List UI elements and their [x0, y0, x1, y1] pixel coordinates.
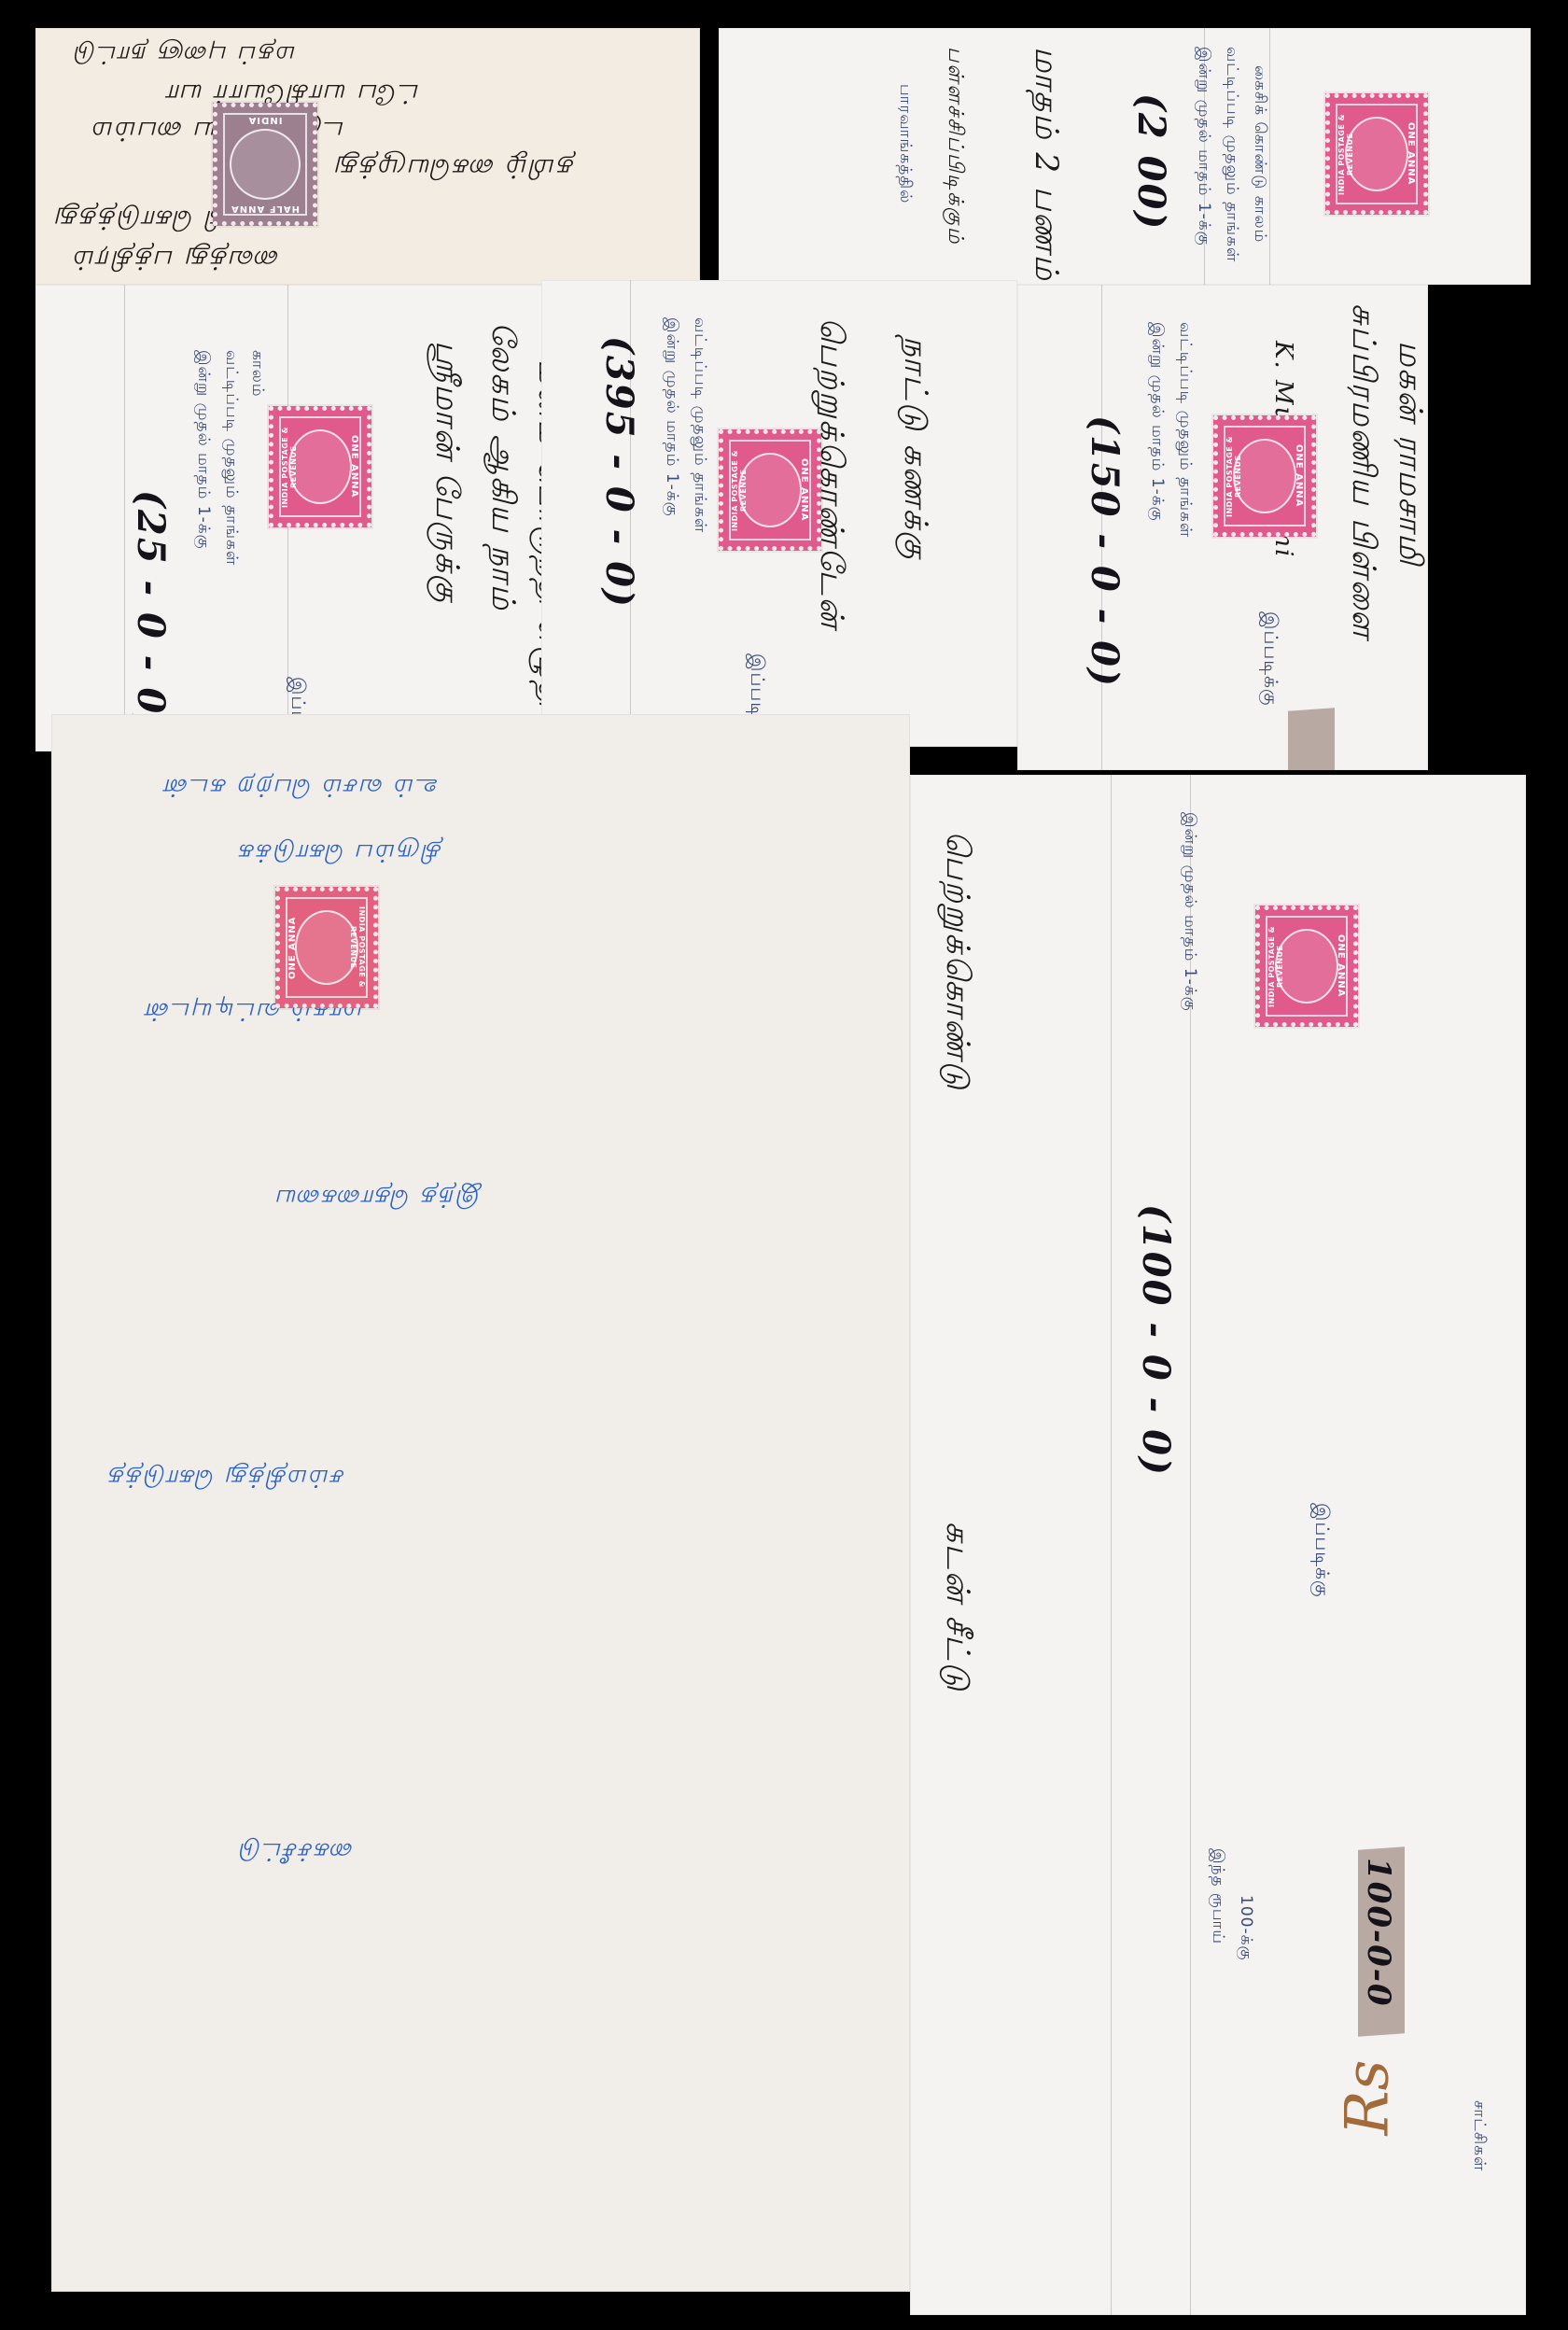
revenue-stamp-one-anna: INDIA POSTAGE & REVENUE ONE ANNA — [1255, 905, 1358, 1027]
handwriting-line: தமிழ் கையெழுத்து — [334, 149, 575, 184]
revenue-stamp-one-anna: INDIA POSTAGE & REVENUE ONE ANNA — [269, 406, 371, 527]
document-bottom-left: உம் வசம் பெற்ற கடன் திரும்ப கொடுக்க மாதம… — [51, 714, 910, 2292]
printed-line: வட்டிப்படி முதலும் தாங்கள் — [1176, 322, 1195, 538]
handwriting-line: மாதம் 2 பணம் — [1027, 47, 1066, 282]
handwriting-line: திரும்ப கொடுக்க — [238, 835, 442, 866]
printed-line: இன்று முதல் மாதம் 1-க்கு — [194, 350, 213, 550]
handwriting-line: நாட்டு கணக்கு — [896, 336, 935, 561]
handwriting-line: இந்த தொகையை — [275, 1181, 481, 1212]
stamp-value: ONE ANNA — [287, 899, 298, 996]
revenue-stamp-one-anna: INDIA POSTAGE & REVENUE ONE ANNA — [719, 429, 821, 551]
printed-line: வட்டிப்படி முதலும் தாங்கள் — [222, 350, 241, 566]
handwriting-line: ஸ்ரீமான் பேருக்கு — [427, 341, 467, 604]
revenue-stamp-half-anna: HALF ANNA INDIA — [213, 103, 317, 226]
stamp-label: INDIA POSTAGE & REVENUE — [1337, 105, 1354, 203]
handwriting-line: சுப்பிரமணிய பிள்ளை — [1344, 303, 1383, 640]
printed-line: இப்படிக்கு — [1260, 611, 1282, 707]
printed-line: வட்டிப்படி முதலும் தாங்கள் — [691, 317, 709, 533]
document-bottom-right: பெற்றுக்கொண்டு கடன் சீட்டு இன்று முதல் ம… — [910, 775, 1526, 2315]
stamp-label: INDIA POSTAGE & REVENUE — [349, 899, 366, 996]
handwriting-line: கடன் சீட்டு — [938, 1522, 977, 1692]
handwriting-line: உம் வசம் பெற்ற கடன் — [163, 770, 439, 801]
handwriting-line: லேகம் ஆகிய நாம் — [483, 322, 523, 611]
printed-line: காலம் — [248, 350, 267, 398]
stamp-country: INDIA — [217, 115, 313, 125]
rs-amount: 100-0-0 — [1360, 1858, 1397, 2008]
amount-text: (100 - 0 - 0) — [1134, 1204, 1178, 1477]
amount-text: (2 00) — [1129, 93, 1173, 231]
printed-line: சாட்சிகள் — [1470, 2100, 1489, 2171]
printed-line: இப்படிக்கு — [1311, 1503, 1334, 1598]
stamp-value: ONE ANNA — [1294, 428, 1304, 525]
handwriting-line: மகன் ராமசாமி — [1391, 341, 1428, 567]
stamp-value: ONE ANNA — [1336, 918, 1346, 1015]
revenue-stamp-one-anna: INDIA POSTAGE & REVENUE ONE ANNA — [275, 887, 378, 1008]
handwriting-line: மதப் புஞை நாட்டு — [73, 37, 297, 68]
document-top-right: பள்ளச்சிப்பிடிக்கும் பாரவாங்கத்தில் மாதம… — [719, 28, 1531, 285]
handwriting-line: சம்மதித்து கொடுத்த — [107, 1461, 345, 1492]
amount-text: (150 - 0 - 0) — [1083, 415, 1127, 688]
stamp-label: INDIA POSTAGE & REVENUE — [1267, 918, 1284, 1015]
printed-line: கைசிக் கொண்டு காலம் — [1251, 65, 1269, 243]
amount-box — [1288, 708, 1335, 770]
printed-line: இன்று முதல் மாதம் 1-க்கு — [663, 317, 681, 517]
revenue-stamp-one-anna: INDIA POSTAGE & REVENUE ONE ANNA — [1325, 93, 1428, 215]
amount-text: (25 - 0 - 0) — [129, 490, 173, 735]
stamp-label: INDIA POSTAGE & REVENUE — [281, 418, 298, 515]
document-mid-left: (25 - 0 - 0) இன்று முதல் மாதம் 1-க்கு வட… — [35, 285, 577, 751]
amount-text: (395 - 0 - 0) — [597, 336, 641, 609]
stamp-value: HALF ANNA — [217, 204, 313, 214]
handwriting-line: பெற்றுக்கொண்டு — [938, 831, 977, 1091]
printed-line: இந்த ரூபாய் — [1209, 1848, 1227, 1944]
stamp-value: ONE ANNA — [799, 442, 809, 539]
document-mid-right: (150 - 0 - 0) இன்று முதல் மாதம் 1-க்கு வ… — [1017, 285, 1428, 770]
handwriting-line: கைச்சீட்டு — [238, 1834, 354, 1865]
printed-line: இன்று முதல் மாதம் 1-க்கு — [1181, 812, 1199, 1012]
document-top-left: மதப் புஞை நாட்டு ட்பே யாகியோர் யா டகு பல… — [35, 28, 700, 285]
revenue-stamp-one-anna: INDIA POSTAGE & REVENUE ONE ANNA — [1213, 415, 1316, 537]
document-mid-center: (395 - 0 - 0) இன்று முதல் மாதம் 1-க்கு வ… — [541, 280, 1017, 747]
handwriting-line: பள்ளச்சிப்பிடிக்கும் — [943, 47, 968, 246]
rs-label: Rs — [1334, 2059, 1403, 2135]
printed-line: வட்டிப்படி முதலும் தாங்கள் — [1223, 47, 1241, 262]
stamp-value: ONE ANNA — [349, 418, 359, 515]
printed-line: பாரவாங்கத்தில் — [896, 84, 915, 204]
printed-line: இன்று முதல் மாதம் 1-க்கு — [1148, 322, 1167, 522]
stamp-value: ONE ANNA — [1406, 105, 1416, 203]
printed-line: 100-க்கு — [1237, 1895, 1255, 1960]
printed-line: இன்று முதல் மாதம் 1-க்கு — [1195, 47, 1213, 246]
stamp-label: INDIA POSTAGE & REVENUE — [731, 442, 748, 539]
handwriting-line: வைத்து பத்திரம் — [73, 241, 280, 275]
stamp-label: INDIA POSTAGE & REVENUE — [1225, 428, 1242, 525]
